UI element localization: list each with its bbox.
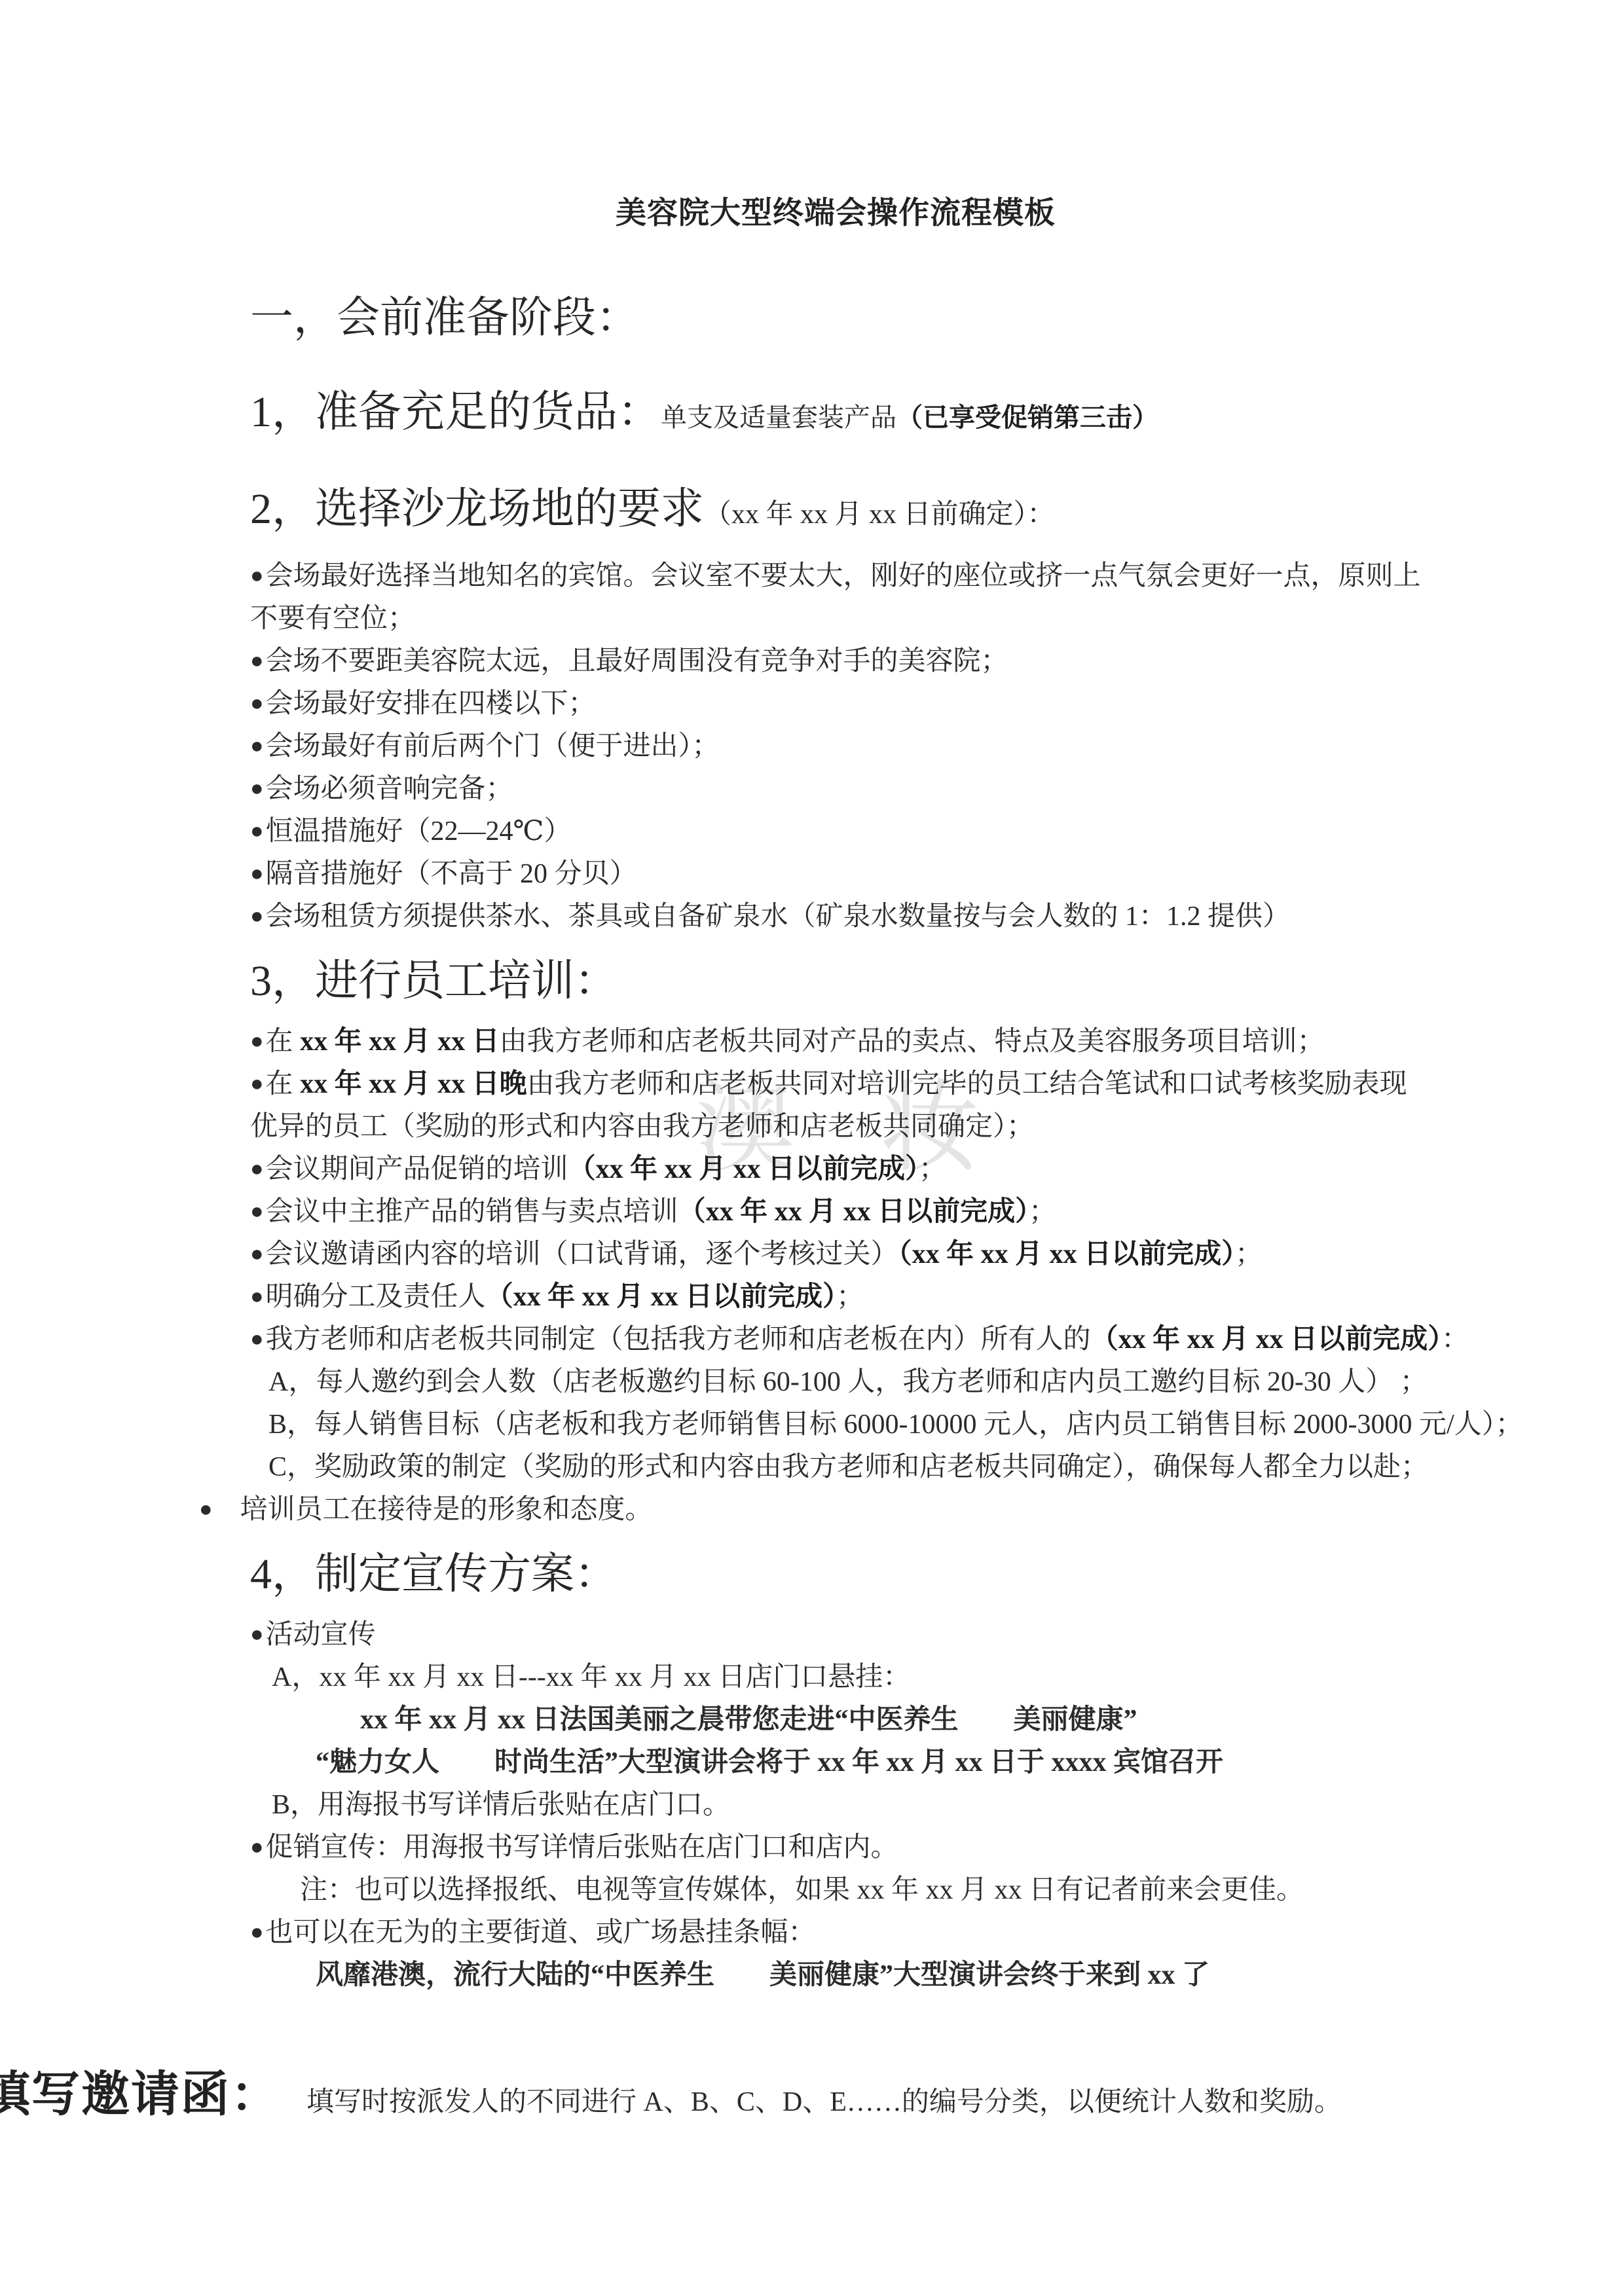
list-item-text: 隔音措施好（不高于 20 分贝） — [266, 859, 637, 889]
hang-banner-line-a: A，xx 年 xx 月 xx 日---xx 年 xx 月 xx 日店门口悬挂： — [250, 1656, 1421, 1699]
section1-heading: 1，准备充足的货品：单支及适量套装产品（已享受促销第三击） — [250, 386, 1421, 444]
bullet-icon: ● — [250, 905, 264, 928]
list-item-text: ； — [1029, 1197, 1056, 1227]
list-item-text: 我方老师和店老板共同制定（包括我方老师和店老板在内）所有人的 — [266, 1324, 1091, 1355]
list-item-date: （xx 年 xx 月 xx 日以前完成） — [568, 1154, 919, 1184]
list-item: ●我方老师和店老板共同制定（包括我方老师和店老板在内）所有人的（xx 年 xx … — [250, 1319, 1421, 1361]
list-item-text: 会场最好安排在四楼以下； — [266, 689, 596, 719]
bullet-icon: ● — [250, 820, 264, 843]
list-item-date: （xx 年 xx 月 xx 日以前完成） — [898, 1239, 1236, 1269]
bullet-icon: ● — [250, 778, 264, 800]
bullet-icon: ● — [250, 1201, 264, 1223]
list-item-date: （xx 年 xx 月 xx 日以前完成） — [678, 1197, 1029, 1227]
list-item: ●会场最好有前后两个门（便于进出）； — [250, 725, 1421, 768]
document-content: 美容院大型终端会操作流程模板 一，会前准备阶段： 1，准备充足的货品：单支及适量… — [0, 0, 1624, 1997]
list-item-date: xx 年 xx 月 xx 日 — [300, 1027, 500, 1057]
list-item-text: ； — [919, 1154, 946, 1184]
banner-slogan-1: xx 年 xx 月 xx 日法国美丽之晨带您走进“中医养生 美丽健康” — [250, 1699, 1421, 1741]
list-item: ●明确分工及责任人（xx 年 xx 月 xx 日以前完成）； — [250, 1276, 1421, 1319]
list-item: ●会场不要距美容院太远，且最好周围没有竞争对手的美容院； — [250, 640, 1421, 683]
bullet-icon: ● — [250, 650, 264, 672]
media-note: 注：也可以选择报纸、电视等宣传媒体，如果 xx 年 xx 月 xx 日有记者前来… — [250, 1869, 1421, 1912]
invitation-text: 填写时按派发人的不同进行 A、B、C、D、E……的编号分类，以便统计人数和奖励。 — [306, 2080, 1342, 2119]
list-item: ●会场最好选择当地知名的宾馆。会议室不要太大，刚好的座位或挤一点气氛会更好一点，… — [250, 555, 1421, 640]
list-item-text: 会场最好有前后两个门（便于进出）； — [266, 731, 720, 761]
section2-heading-deadline: （xx 年 xx 月 xx 日前确定）： — [704, 500, 1055, 530]
bullet-icon: ● — [250, 735, 264, 757]
list-item-text: ； — [1235, 1239, 1263, 1269]
section3-heading: 3，进行员工培训： — [250, 955, 1421, 1008]
list-item-text: 会议中主推产品的销售与卖点培训 — [266, 1197, 678, 1227]
sub-item-a: A，每人邀约到会人数（店老板邀约目标 60-100 人，我方老师和店内员工邀约目… — [250, 1361, 1421, 1404]
list-item-text: 会场最好选择当地知名的宾馆。会议室不要太大，刚好的座位或挤一点气氛会更好一点，原… — [250, 561, 1421, 634]
section2-heading-text: 2，选择沙龙场地的要求 — [250, 485, 704, 533]
list-item-text: 也可以在无为的主要街道、或广场悬挂条幅： — [266, 1918, 816, 1948]
list-item-date: （xx 年 xx 月 xx 日以前完成） — [486, 1282, 837, 1312]
list-item-text: 由我方老师和店老板共同对产品的卖点、特点及美容服务项目培训； — [500, 1027, 1325, 1057]
sub-item-b: B，每人销售目标（店老板和我方老师销售目标 6000-10000 元人，店内员工… — [250, 1404, 1421, 1446]
list-item-date: （xx 年 xx 月 xx 日以前完成） — [1091, 1324, 1442, 1355]
banner-slogan-2: “魅力女人 时尚生活”大型演讲会将于 xx 年 xx 月 xx 日于 xxxx … — [250, 1741, 1421, 1784]
bullet-icon: ● — [250, 863, 264, 885]
section1-note: 单支及适量套装产品（已享受促销第三击） — [661, 403, 1158, 432]
section1-note-regular: 单支及适量套装产品 — [661, 403, 896, 432]
poster-line-b: B，用海报书写详情后张贴在店门口。 — [250, 1784, 1421, 1827]
list-item: ●恒温措施好（22—24℃） — [250, 811, 1421, 853]
section4-heading: 4，制定宣传方案： — [250, 1548, 1421, 1601]
list-item-text: ； — [836, 1282, 864, 1312]
list-item: ●隔音措施好（不高于 20 分贝） — [250, 853, 1421, 896]
list-item-text: 明确分工及责任人 — [266, 1282, 486, 1312]
list-item-text: 促销宣传：用海报书写详情后张贴在店门口和店内。 — [266, 1832, 898, 1863]
list-item: ●会议邀请函内容的培训（口试背诵，逐个考核过关）（xx 年 xx 月 xx 日以… — [250, 1233, 1421, 1276]
invitation-heading: 填写邀请函： — [0, 2056, 280, 2125]
section1-heading-text: 1，准备充足的货品： — [250, 388, 661, 436]
list-item-text: 会场必须音响完备； — [266, 774, 513, 804]
list-item-text: ： — [1441, 1324, 1469, 1355]
invitation-section: 填写邀请函： 填写时按派发人的不同进行 A、B、C、D、E……的编号分类，以便统… — [0, 2056, 1624, 2125]
list-item-text: 会议期间产品促销的培训 — [266, 1154, 568, 1184]
list-item: ●促销宣传：用海报书写详情后张贴在店门口和店内。 — [250, 1827, 1421, 1869]
phase1-heading: 一，会前准备阶段： — [250, 292, 1421, 344]
list-item: ●也可以在无为的主要街道、或广场悬挂条幅： — [250, 1912, 1421, 1954]
list-item: ●会场最好安排在四楼以下； — [250, 683, 1421, 725]
list-item-date: xx 年 xx 月 xx 日晚 — [300, 1069, 527, 1099]
list-item-text: 恒温措施好（22—24℃） — [266, 816, 572, 847]
list-item-text: 会场租赁方须提供茶水、茶具或自备矿泉水（矿泉水数量按与会人数的 1：1.2 提供… — [266, 902, 1291, 932]
bullet-icon: ● — [250, 1328, 264, 1351]
bullet-icon: ● — [250, 1158, 264, 1180]
bullet-icon: ● — [250, 1922, 264, 1944]
bullet-icon: ● — [250, 1286, 264, 1308]
venue-requirements-list: ●会场最好选择当地知名的宾馆。会议室不要太大，刚好的座位或挤一点气氛会更好一点，… — [250, 555, 1421, 938]
section1-note-bold: （已享受促销第三击） — [896, 403, 1158, 432]
sub-item-c: C，奖励政策的制定（奖励的形式和内容由我方老师和店老板共同确定），确保每人都全力… — [250, 1446, 1421, 1489]
list-item: ●会议中主推产品的销售与卖点培训（xx 年 xx 月 xx 日以前完成）； — [250, 1191, 1421, 1233]
document-page: 澳 妆 美容院大型终端会操作流程模板 一，会前准备阶段： 1，准备充足的货品：单… — [0, 0, 1624, 2296]
list-item-text: 在 — [266, 1069, 301, 1099]
list-item: ●培训员工在接待是的形象和态度。 — [250, 1489, 1421, 1531]
list-item: ●在 xx 年 xx 月 xx 日由我方老师和店老板共同对产品的卖点、特点及美容… — [250, 1021, 1421, 1063]
bullet-icon: ● — [250, 693, 264, 715]
bullet-icon: ● — [250, 1243, 264, 1266]
list-item: ●会议期间产品促销的培训（xx 年 xx 月 xx 日以前完成）； — [250, 1148, 1421, 1191]
list-item: ●会场必须音响完备； — [250, 768, 1421, 811]
promotion-plan-list: ●活动宣传 A，xx 年 xx 月 xx 日---xx 年 xx 月 xx 日店… — [250, 1614, 1421, 1997]
training-list: ●在 xx 年 xx 月 xx 日由我方老师和店老板共同对产品的卖点、特点及美容… — [250, 1021, 1421, 1531]
bullet-icon: ● — [250, 565, 264, 587]
list-item-text: 会场不要距美容院太远，且最好周围没有竞争对手的美容院； — [266, 646, 1008, 676]
bullet-icon: ● — [250, 1624, 264, 1646]
banner-slogan-3: 风靡港澳，流行大陆的“中医养生 美丽健康”大型演讲会终于来到 xx 了 — [250, 1954, 1421, 1997]
section2-heading: 2，选择沙龙场地的要求（xx 年 xx 月 xx 日前确定）： — [250, 483, 1421, 541]
bullet-icon: ● — [250, 1836, 264, 1859]
list-item-text: 会议邀请函内容的培训（口试背诵，逐个考核过关） — [266, 1239, 898, 1269]
list-item: ●活动宣传 — [250, 1614, 1421, 1656]
list-item-text: 活动宣传 — [266, 1620, 376, 1650]
list-item-text: 在 — [266, 1027, 301, 1057]
list-item: ●会场租赁方须提供茶水、茶具或自备矿泉水（矿泉水数量按与会人数的 1：1.2 提… — [250, 896, 1421, 938]
list-item: ●在 xx 年 xx 月 xx 日晚由我方老师和店老板共同对培训完毕的员工结合笔… — [250, 1063, 1421, 1148]
list-item-text: 培训员工在接待是的形象和态度。 — [240, 1495, 653, 1525]
bullet-icon: ● — [250, 1030, 264, 1053]
document-title: 美容院大型终端会操作流程模板 — [250, 195, 1421, 232]
bullet-icon: ● — [250, 1073, 264, 1095]
bullet-icon: ● — [199, 1499, 213, 1521]
